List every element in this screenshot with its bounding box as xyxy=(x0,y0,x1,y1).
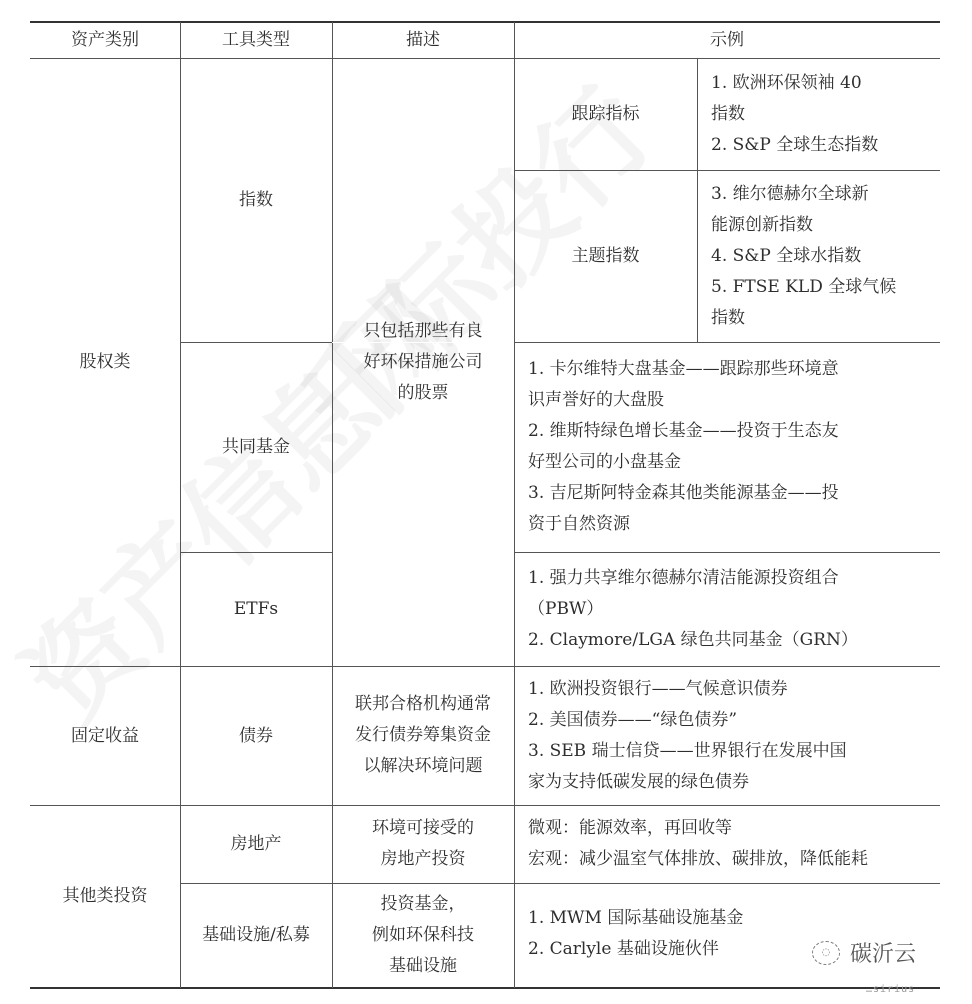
instrument-index: 指数 xyxy=(180,58,332,342)
asset-class-fixed-income: 固定收益 xyxy=(30,666,180,805)
description-line: 基础设施 xyxy=(372,951,474,982)
examples-infrastructure: 1. MWM 国际基础设施基金 2. Carlyle 基础设施伙伴 xyxy=(514,883,940,987)
example-line: 微观：能源效率，再回收等 xyxy=(528,813,868,844)
example-line: 3. SEB 瑞士信贷——世界银行在发展中国 xyxy=(528,736,847,767)
example-line: 1. 强力共享维尔德赫尔清洁能源投资组合 xyxy=(528,563,858,594)
example-line: 家为支持低碳发展的绿色债券 xyxy=(528,767,847,798)
example-line: 2. Claymore/LGA 绿色共同基金（GRN） xyxy=(528,625,858,656)
example-line: 5. FTSE KLD 全球气候 xyxy=(711,272,896,303)
description-line: 联邦合格机构通常 xyxy=(355,689,491,720)
instrument-real-estate: 房地产 xyxy=(180,805,332,883)
instrument-mutual-fund: 共同基金 xyxy=(180,342,332,552)
description-line: 只包括那些有良 xyxy=(364,316,483,347)
description-line: 发行债券筹集资金 xyxy=(355,720,491,751)
example-line: 1. 欧洲环保领袖 40 xyxy=(711,68,878,99)
example-line: 1. MWM 国际基础设施基金 xyxy=(528,903,743,934)
instrument-infrastructure: 基础设施/私募 xyxy=(180,883,332,987)
header-instrument-type: 工具类型 xyxy=(180,22,332,58)
description-line: 以解决环境问题 xyxy=(355,751,491,782)
example-line: 识声誉好的大盘股 xyxy=(528,385,839,416)
example-line: 1. 卡尔维特大盘基金——跟踪那些环境意 xyxy=(528,354,839,385)
example-line: 指数 xyxy=(711,99,878,130)
examples-tracking-index: 1. 欧洲环保领袖 40 指数 2. S&P 全球生态指数 xyxy=(697,58,940,170)
asset-class-other: 其他类投资 xyxy=(30,805,180,987)
description-real-estate: 环境可接受的 房地产投资 xyxy=(332,805,514,883)
description-equity: 只包括那些有良 好环保措施公司 的股票 xyxy=(332,58,514,666)
example-line: 3. 吉尼斯阿特金森其他类能源基金——投 xyxy=(528,478,839,509)
example-line: （PBW） xyxy=(528,594,858,625)
wechat-logo-icon: ◌ xyxy=(812,941,840,965)
table-bottom-border xyxy=(30,987,940,989)
example-line: 资于自然资源 xyxy=(528,509,839,540)
subtype-theme-index: 主题指数 xyxy=(514,170,697,342)
instrument-bonds: 债券 xyxy=(180,666,332,805)
header-description: 描述 xyxy=(332,22,514,58)
example-line: 2. 美国债券——“绿色债券” xyxy=(528,705,847,736)
description-infrastructure: 投资基金， 例如环保科技 基础设施 xyxy=(332,883,514,987)
description-line: 例如环保科技 xyxy=(372,920,474,951)
examples-etfs: 1. 强力共享维尔德赫尔清洁能源投资组合 （PBW） 2. Claymore/L… xyxy=(514,552,940,666)
example-line: 3. 维尔德赫尔全球新 xyxy=(711,179,896,210)
example-line: 1. 欧洲投资银行——气候意识债券 xyxy=(528,674,847,705)
description-line: 环境可接受的 xyxy=(372,813,474,844)
description-line: 好环保措施公司 xyxy=(364,347,483,378)
example-line: 能源创新指数 xyxy=(711,210,896,241)
watermark-logo-text: 碳沂云 xyxy=(850,937,916,968)
header-examples: 示例 xyxy=(514,22,940,58)
description-bonds: 联邦合格机构通常 发行债券筹集资金 以解决环境问题 xyxy=(332,666,514,805)
examples-theme-index: 3. 维尔德赫尔全球新 能源创新指数 4. S&P 全球水指数 5. FTSE … xyxy=(697,170,940,342)
example-line: 宏观：减少温室气体排放、碳排放，降低能耗 xyxy=(528,844,868,875)
watermark-url: …sirius xyxy=(866,984,915,995)
example-line: 指数 xyxy=(711,303,896,334)
subtype-tracking-index: 跟踪指标 xyxy=(514,58,697,170)
description-line: 投资基金， xyxy=(372,889,474,920)
example-line: 2. Carlyle 基础设施伙伴 xyxy=(528,934,743,965)
instrument-etfs: ETFs xyxy=(180,552,332,666)
examples-mutual-fund: 1. 卡尔维特大盘基金——跟踪那些环境意 识声誉好的大盘股 2. 维斯特绿色增长… xyxy=(514,342,940,552)
example-line: 好型公司的小盘基金 xyxy=(528,447,839,478)
asset-class-equity: 股权类 xyxy=(30,58,180,666)
examples-real-estate: 微观：能源效率，再回收等 宏观：减少温室气体排放、碳排放，降低能耗 xyxy=(514,805,940,883)
header-asset-class: 资产类别 xyxy=(30,22,180,58)
example-line: 4. S&P 全球水指数 xyxy=(711,241,896,272)
example-line: 2. 维斯特绿色增长基金——投资于生态友 xyxy=(528,416,839,447)
examples-bonds: 1. 欧洲投资银行——气候意识债券 2. 美国债券——“绿色债券” 3. SEB… xyxy=(514,666,940,805)
watermark-logo: ◌ 碳沂云 xyxy=(812,937,916,968)
example-line: 2. S&P 全球生态指数 xyxy=(711,130,878,161)
description-line: 房地产投资 xyxy=(372,844,474,875)
description-line: 的股票 xyxy=(364,378,483,409)
